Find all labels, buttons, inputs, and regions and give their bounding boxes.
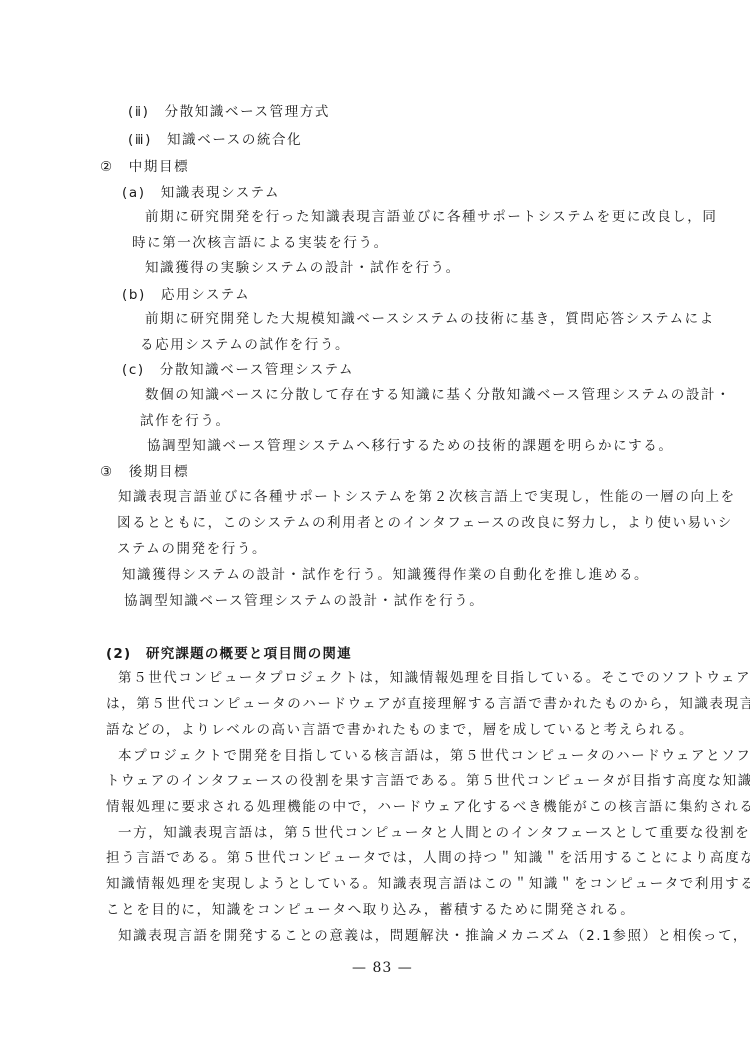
text-line: 情報処理に要求される処理機能の中で，ハードウェア化するべき機能がこの核言語に集約… [106,798,750,816]
text-line: は，第５世代コンピュータのハードウェアが直接理解する言語で書かれたものから，知識… [106,695,750,713]
text-line: ② 中期目標 [100,158,189,176]
text-line: 一方，知識表現言語は，第５世代コンピュータと人間とのインタフェースとして重要な役… [118,824,750,842]
text-line: 協調型知識ベース管理システムの設計・試作を行う。 [124,592,484,610]
text-line: (ⅲ) 知識ベースの統合化 [128,131,302,149]
text-line: 時に第一次核言語による実装を行う。 [132,234,389,252]
text-line: 本プロジェクトで開発を目指している核言語は，第５世代コンピュータのハードウェアと… [118,747,750,765]
text-line: 試作を行う。 [140,412,231,430]
text-line: (b) 応用システム [122,286,250,304]
text-line: 語などの，よりレベルの高い言語で書かれたものまで，層を成していると考えられる。 [106,721,694,739]
text-line: 第５世代コンピュータプロジェクトは，知識情報処理を目指している。そこでのソフトウ… [118,669,750,687]
text-line: ③ 後期目標 [100,463,189,481]
text-line: 知識獲得の実験システムの設計・試作を行う。 [145,259,461,277]
text-line: 前期に研究開発を行った知識表現言語並びに各種サポートシステムを更に改良し，同 [145,208,717,226]
text-line: 図るとともに，このシステムの利用者とのインタフェースの改良に努力し，より使い易い… [117,514,733,532]
text-line: 知識獲得システムの設計・試作を行う。知識獲得作業の自動化を推し進める。 [122,566,649,584]
text-line: 数個の知識ベースに分散して存在する知識に基く分散知識ベース管理システムの設計・ [145,386,731,404]
text-line: 協調型知識ベース管理システムへ移行するための技術的課題を明らかにする。 [147,437,673,455]
text-line: トウェアのインタフェースの役割を果す言語である。第５世代コンピュータが目指す高度… [106,772,750,790]
text-line: ステムの開発を行う。 [117,540,267,558]
text-line: (ⅱ) 分散知識ベース管理方式 [128,103,330,121]
text-line: る応用システムの試作を行う。 [140,336,350,354]
text-line: 知識表現言語並びに各種サポートシステムを第２次核言語上で実現し，性能の一層の向上… [118,488,736,506]
text-line: 知識表現言語を開発することの意義は，問題解決・推論メカニズム（2.1参照）と相俟… [118,927,748,945]
text-line: 担う言語である。第５世代コンピュータでは，人間の持つ＂知識＂を活用することにより… [106,849,750,867]
text-line: (c) 分散知識ベース管理システム [122,361,354,379]
page-number: — 83 — [352,960,413,976]
section-heading: (2) 研究課題の概要と項目間の関連 [106,645,352,663]
text-line: 前期に研究開発した大規模知識ベースシステムの技術に基き，質問応答システムによ [145,310,715,328]
text-line: 知識情報処理を実現しようとしている。知識表現言語はこの＂知識＂をコンピュータで利… [106,875,750,893]
text-line: (a) 知識表現システム [122,184,280,202]
text-line: ことを目的に，知識をコンピュータへ取り込み，蓄積するために開発される。 [106,901,635,919]
